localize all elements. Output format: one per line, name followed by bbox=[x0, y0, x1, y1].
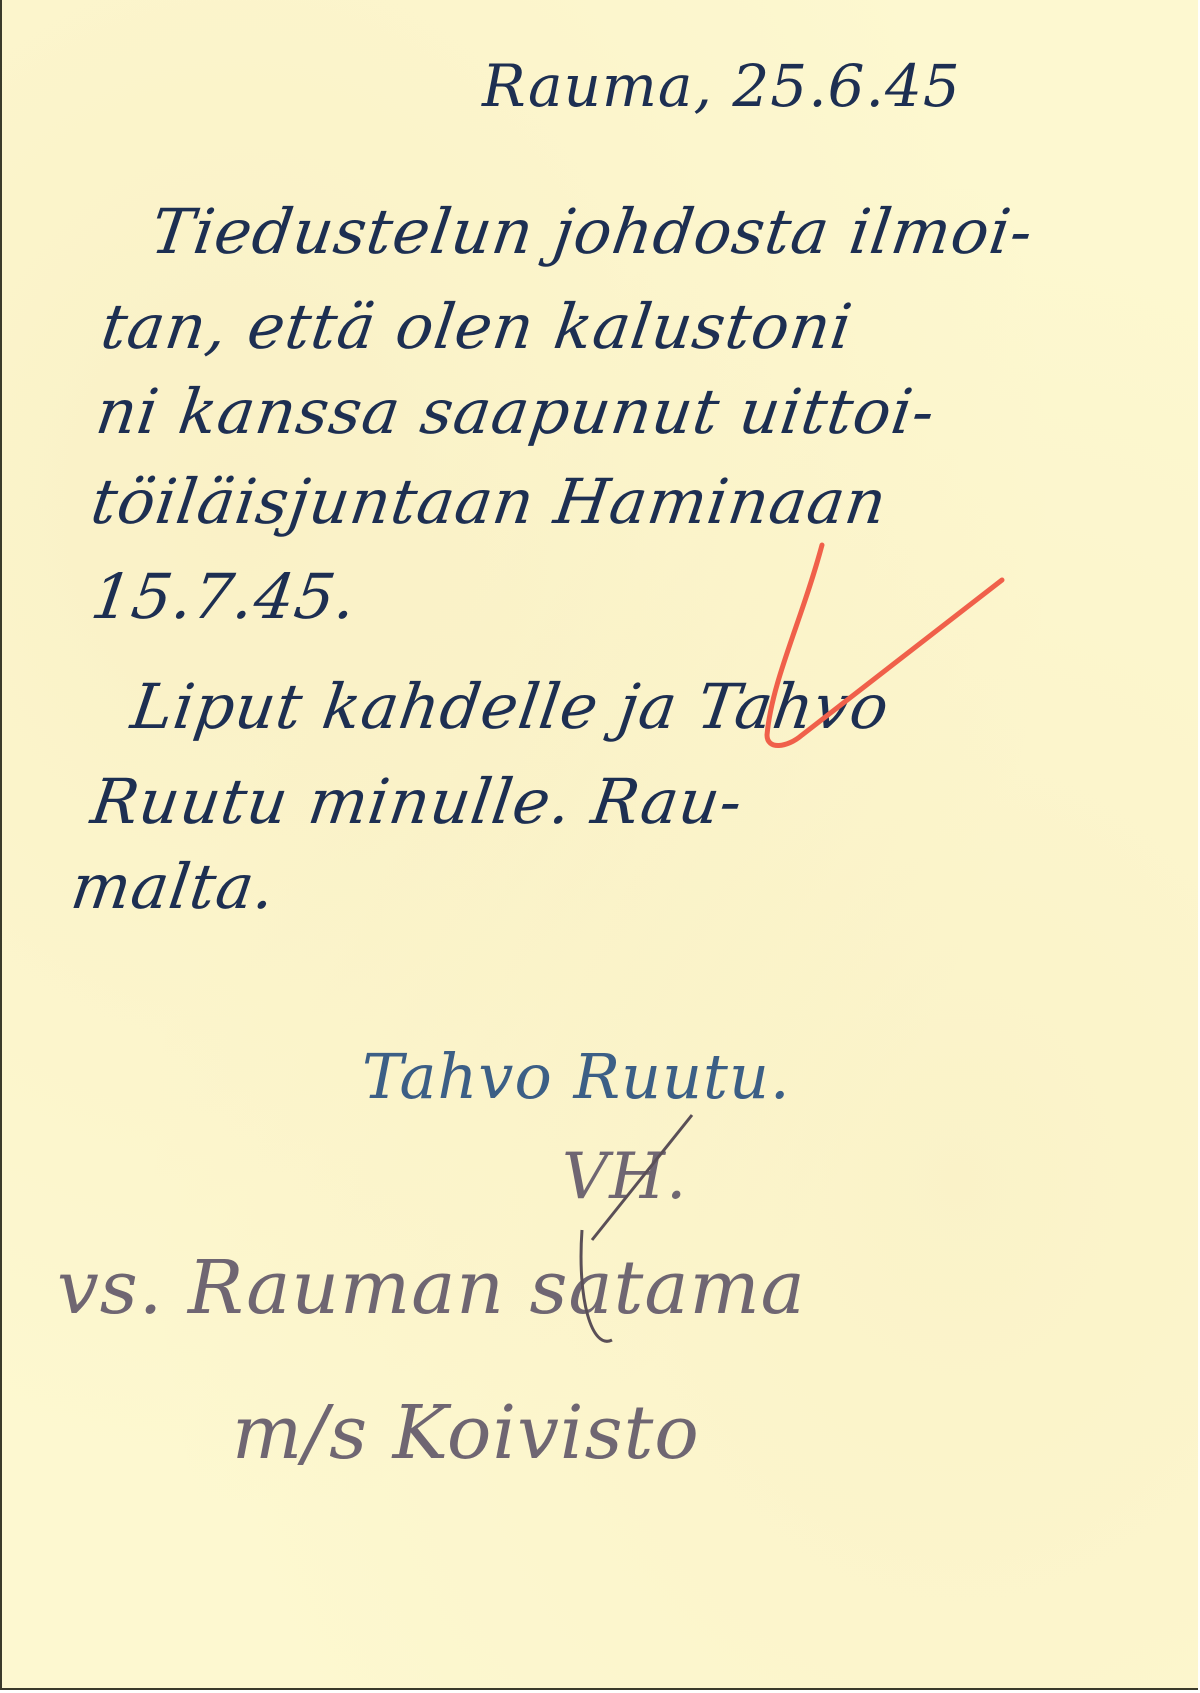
pencil-flourish-icon bbox=[2, 0, 1200, 1693]
letter-paper: Rauma, 25.6.45 Tiedustelun johdosta ilmo… bbox=[0, 0, 1198, 1690]
